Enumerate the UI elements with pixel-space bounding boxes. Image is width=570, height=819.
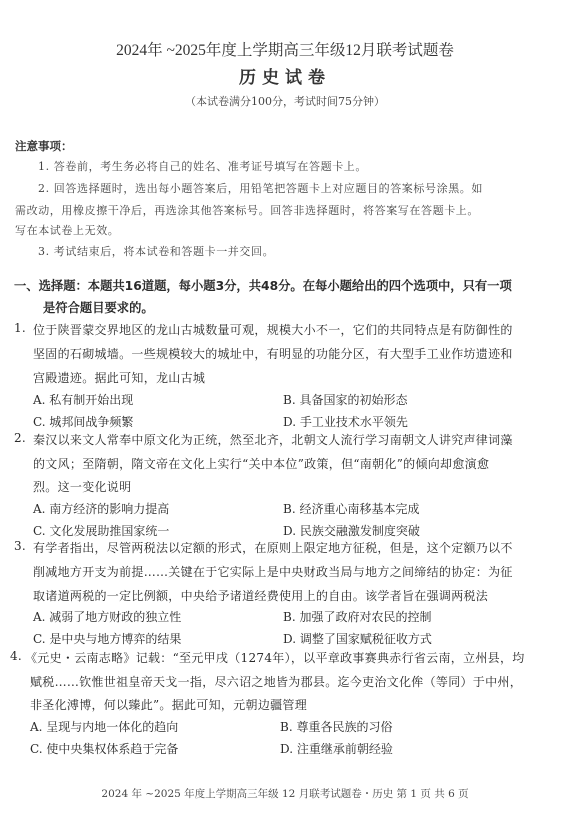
section-heading: 一、选择题：本题共16道题，每小题3分，共48分。在每小题给出的四个选项中，只有…	[14, 276, 512, 294]
question-text: 赋税……钦惟世祖皇帝天戈一指，尽六诏之地皆为郡县。迄今吏治文化侔（等同）于中州，	[30, 673, 522, 690]
question-text: 秦汉以来文人常奉中原文化为正统，然至北齐，北朝文人流行学习南朝文人讲究声律词藻	[33, 431, 513, 448]
subject-title: 历史试卷	[0, 63, 570, 88]
question-number: 4.	[10, 649, 22, 663]
note-item: 写在本试卷上无效。	[15, 222, 119, 238]
question-text: 非圣化溥博，何以臻此”。据此可知，元朝边疆管理	[30, 696, 307, 713]
option-b[interactable]: B. 具备国家的初始形态	[283, 391, 407, 408]
note-item: 需改动，用橡皮擦干净后，再选涂其他答案标号。回答非选择题时，将答案写在答题卡上。	[15, 202, 479, 218]
option-d[interactable]: D. 注重继承前朝经验	[280, 740, 393, 757]
page-footer: 2024 年 ~2025 年度上学期高三年级 12 月联考试题卷・历史 第 1 …	[0, 786, 570, 801]
option-c[interactable]: C. 文化发展助推国家统一	[33, 522, 169, 539]
question-number: 1.	[14, 321, 26, 335]
question-text: 的文风；至隋朝，隋文帝在文化上实行“关中本位”政策，但“南朝化”的倾向却愈演愈	[33, 455, 489, 472]
option-a[interactable]: A. 呈现与内地一体化的趋向	[30, 718, 178, 735]
option-a[interactable]: A. 私有制开始出现	[33, 391, 133, 408]
question-number: 3.	[14, 539, 26, 553]
question-text: 宫殿遗迹。据此可知，龙山古城	[33, 369, 205, 386]
option-c[interactable]: C. 城邦间战争频繁	[33, 413, 133, 430]
section-heading-cont: 是符合题目要求的。	[43, 298, 154, 316]
option-c[interactable]: C. 是中央与地方博弈的结果	[33, 630, 181, 647]
note-item: 2. 回答选择题时，选出每小题答案后，用铅笔把答题卡上对应题目的答案标号涂黑。如	[38, 180, 483, 196]
note-item: 3. 考试结束后，将本试卷和答题卡一并交回。	[38, 243, 274, 259]
exam-title: 2024年 ~2025年度上学期高三年级12月联考试题卷	[0, 38, 570, 60]
question-number: 2.	[14, 431, 26, 445]
question-text: 位于陕晋蒙交界地区的龙山古城数量可观，规模大小不一，它们的共同特点是有防御性的	[33, 321, 513, 338]
notes-title: 注意事项：	[15, 138, 73, 154]
exam-info: （本试卷满分100分，考试时间75分钟）	[0, 93, 570, 109]
question-text: 《元史・云南志略》记载：“至元甲戌（1274年），以平章政事赛典赤行省云南，立州…	[25, 649, 525, 666]
option-a[interactable]: A. 减弱了地方财政的独立性	[33, 608, 181, 625]
question-text: 有学者指出，尽管两税法以定额的形式，在原则上限定地方征税，但是，这个定额乃以不	[33, 539, 513, 556]
option-d[interactable]: D. 手工业技术水平领先	[283, 413, 408, 430]
option-a[interactable]: A. 南方经济的影响力提高	[33, 500, 169, 517]
option-d[interactable]: D. 民族交融激发制度突破	[283, 522, 420, 539]
question-text: 取诸道两税的一定比例额，中央给予诸道经费使用上的自由。该学者旨在强调两税法	[33, 587, 488, 604]
option-b[interactable]: B. 经济重心南移基本完成	[283, 500, 419, 517]
option-b[interactable]: B. 尊重各民族的习俗	[280, 718, 392, 735]
option-c[interactable]: C. 使中央集权体系趋于完备	[30, 740, 178, 757]
note-item: 1. 答卷前，考生务必将自己的姓名、准考证号填写在答题卡上。	[38, 158, 367, 174]
question-text: 削减地方开支为前提……关键在于它实际上是中央财政当局与地方之间缔结的协定：为征	[33, 563, 513, 580]
question-text: 烈。这一变化说明	[33, 478, 131, 495]
option-b[interactable]: B. 加强了政府对农民的控制	[283, 608, 431, 625]
question-text: 坚固的石砌城墙。一些规模较大的城址中，有明显的功能分区，有大型手工业作坊遗迹和	[33, 345, 513, 362]
option-d[interactable]: D. 调整了国家赋税征收方式	[283, 630, 432, 647]
